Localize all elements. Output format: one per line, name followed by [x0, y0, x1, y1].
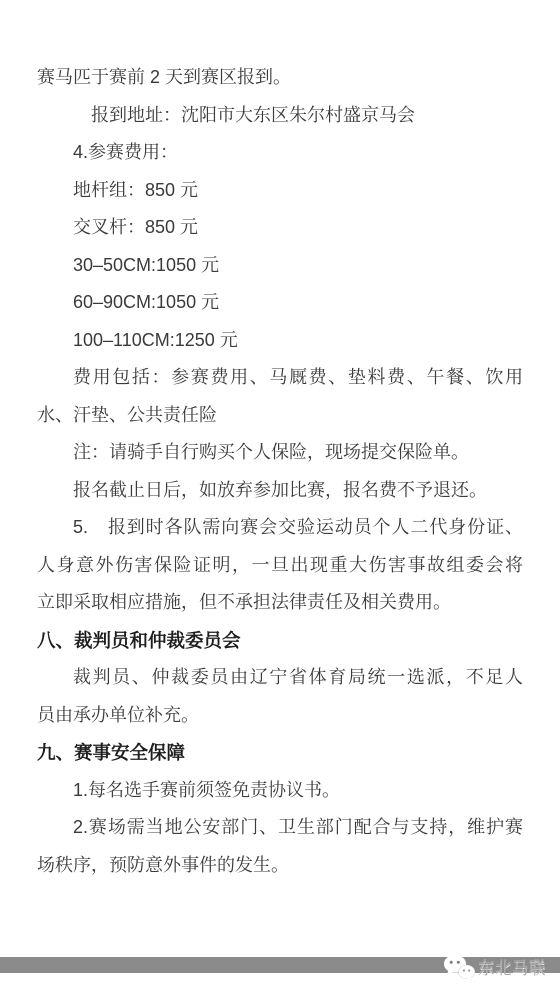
article-body: 赛马匹于赛前 2 天到赛区报到。 报到地址：沈阳市大东区朱尔村盛京马会 4.参赛…: [37, 59, 523, 884]
wechat-icon: [443, 953, 475, 981]
doc-line: 裁判员、仲裁委员由辽宁省体育局统一选派，不足人: [37, 659, 523, 697]
doc-line: 立即采取相应措施，但不承担法律责任及相关费用。: [37, 584, 523, 622]
section-heading: 九、赛事安全保障: [37, 734, 523, 772]
doc-line: 交叉杆：850 元: [37, 209, 523, 247]
doc-line: 30–50CM:1050 元: [37, 247, 523, 285]
doc-line: 地杆组：850 元: [37, 172, 523, 210]
watermark-label: 东北马联: [478, 955, 546, 979]
section-heading: 八、裁判员和仲裁委员会: [37, 622, 523, 660]
doc-line: 水、汗垫、公共责任险: [37, 397, 523, 435]
doc-line: 费用包括：参赛费用、马厩费、垫料费、午餐、饮用: [37, 359, 523, 397]
doc-line: 60–90CM:1050 元: [37, 284, 523, 322]
doc-line: 员由承办单位补充。: [37, 697, 523, 735]
doc-line: 注：请骑手自行购买个人保险，现场提交保险单。: [37, 434, 523, 472]
doc-line: 人身意外伤害保险证明，一旦出现重大伤害事故组委会将: [37, 547, 523, 585]
doc-line: 2.赛场需当地公安部门、卫生部门配合与支持，维护赛: [37, 809, 523, 847]
doc-line: 报名截止日后，如放弃参加比赛，报名费不予退还。: [37, 472, 523, 510]
doc-line: 1.每名选手赛前须签免责协议书。: [37, 772, 523, 810]
doc-line: 报到地址：沈阳市大东区朱尔村盛京马会: [37, 97, 523, 135]
doc-line: 场秩序，预防意外事件的发生。: [37, 847, 523, 885]
doc-line: 100–110CM:1250 元: [37, 322, 523, 360]
doc-line: 4.参赛费用：: [37, 134, 523, 172]
wechat-watermark: 东北马联: [443, 951, 546, 983]
doc-line: 5. 报到时各队需向赛会交验运动员个人二代身份证、: [37, 509, 523, 547]
doc-line: 赛马匹于赛前 2 天到赛区报到。: [37, 59, 523, 97]
wechat-article-page: 赛马匹于赛前 2 天到赛区报到。 报到地址：沈阳市大东区朱尔村盛京马会 4.参赛…: [0, 0, 560, 995]
